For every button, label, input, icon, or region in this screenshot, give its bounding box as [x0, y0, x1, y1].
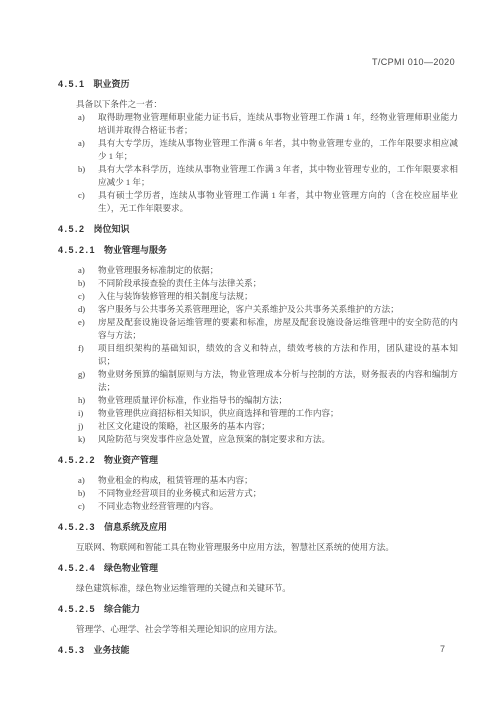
- list-item: g) 物业财务预算的编制原则与方法，物业管理成本分析与控制的方法，财务报表的内容…: [78, 368, 458, 394]
- list-item-label: g): [78, 368, 98, 394]
- list-item-text: 物业管理服务标准制定的依据；: [98, 264, 458, 277]
- section-4-5-3-heading: 4.5.3业务技能: [58, 643, 458, 657]
- list-item: a) 物业管理服务标准制定的依据；: [78, 264, 458, 277]
- list-item-text: 物业财务预算的编制原则与方法，物业管理成本分析与控制的方法，财务报表的内容和编制…: [98, 368, 458, 394]
- page-content: 4.5.1职业资历 具备以下条件之一者： a) 取得助理物业管理师职业能力证书后…: [58, 77, 458, 664]
- list-item-text: 不同阶段承接查验的责任主体与法律关系；: [98, 277, 458, 290]
- list-item-label: d): [78, 303, 98, 316]
- list-item: h) 物业管理质量评价标准，作业指导书的编制方法；: [78, 394, 458, 407]
- list-item: a) 物业租金的构成，租赁管理的基本内容；: [78, 474, 458, 487]
- list-item: k) 风险防范与突发事件应急处置，应急预案的制定要求和方法。: [78, 433, 458, 446]
- list-item-label: a): [78, 111, 98, 137]
- list-item-label: c): [78, 189, 98, 215]
- list-item-label: b): [78, 277, 98, 290]
- section-number: 4.5.3: [58, 645, 86, 655]
- section-number: 4.5.1: [58, 79, 86, 89]
- section-number: 4.5.2.2: [58, 455, 96, 465]
- list-item-text: 项目组织架构的基础知识，绩效的含义和特点，绩效考核的方法和作用，团队建设的基本知…: [98, 342, 458, 368]
- list-item-text: 不同业态物业经营管理的内容。: [98, 500, 458, 513]
- list-item-label: b): [78, 487, 98, 500]
- list-item-text: 物业租金的构成，租赁管理的基本内容；: [98, 474, 458, 487]
- list-item: b) 具有大学本科学历，连续从事物业管理工作满 3 年者，其中物业管理专业的，工…: [78, 163, 458, 189]
- document-page: T/CPMI 010—2020 4.5.1职业资历 具备以下条件之一者： a) …: [0, 0, 500, 707]
- section-4-5-2-1-heading: 4.5.2.1物业管理与服务: [58, 243, 458, 257]
- list-item: i) 物业管理供应商招标相关知识，供应商选择和管理的工作内容；: [78, 407, 458, 420]
- list-item: c) 入住与装饰装修管理的相关制度与法规；: [78, 290, 458, 303]
- section-4-5-1-heading: 4.5.1职业资历: [58, 77, 458, 91]
- list-item-label: a): [78, 474, 98, 487]
- section-4-5-2-5-heading: 4.5.2.5综合能力: [58, 602, 458, 616]
- section-title: 业务技能: [94, 645, 130, 655]
- list-item-label: e): [78, 316, 98, 342]
- list-item-text: 取得助理物业管理师职业能力证书后，连续从事物业管理工作满 1 年，经物业管理师职…: [98, 111, 458, 137]
- list-item-label: h): [78, 394, 98, 407]
- section-number: 4.5.2.5: [58, 604, 96, 614]
- section-number: 4.5.2: [58, 224, 86, 234]
- list-item-label: c): [78, 500, 98, 513]
- list-item-text: 客户服务与公共事务关系管理理论，客户关系维护及公共事务关系维护的方法；: [98, 303, 458, 316]
- page-number: 7: [440, 644, 445, 654]
- section-title: 绿色物业管理: [104, 563, 158, 573]
- section-4-5-1-intro: 具备以下条件之一者：: [76, 98, 458, 111]
- list-item-text: 风险防范与突发事件应急处置，应急预案的制定要求和方法。: [98, 433, 458, 446]
- list-item: j) 社区文化建设的策略，社区服务的基本内容；: [78, 420, 458, 433]
- list-item-text: 不同物业经营项目的业务模式和运营方式；: [98, 487, 458, 500]
- list-item-label: c): [78, 290, 98, 303]
- section-title: 物业资产管理: [104, 455, 158, 465]
- list-item: c) 具有硕士学历者，连续从事物业管理工作满 1 年者，其中物业管理方向的（含在…: [78, 189, 458, 215]
- section-title: 信息系统及应用: [104, 522, 167, 532]
- list-item: e) 房屋及配套设施设备运维管理的要素和标准，房屋及配套设施设备运维管理中的安全…: [78, 316, 458, 342]
- section-4-5-2-2-heading: 4.5.2.2物业资产管理: [58, 453, 458, 467]
- list-item-label: f): [78, 342, 98, 368]
- list-item-text: 物业管理供应商招标相关知识，供应商选择和管理的工作内容；: [98, 407, 458, 420]
- list-item: f) 项目组织架构的基础知识，绩效的含义和特点，绩效考核的方法和作用，团队建设的…: [78, 342, 458, 368]
- list-item: a) 取得助理物业管理师职业能力证书后，连续从事物业管理工作满 1 年，经物业管…: [78, 111, 458, 137]
- list-item-label: b): [78, 163, 98, 189]
- section-4-5-2-5-paragraph: 管理学、心理学、社会学等相关理论知识的应用方法。: [76, 623, 458, 636]
- list-item-text: 入住与装饰装修管理的相关制度与法规；: [98, 290, 458, 303]
- section-number: 4.5.2.1: [58, 245, 96, 255]
- section-4-5-2-heading: 4.5.2岗位知识: [58, 222, 458, 236]
- list-item: c) 不同业态物业经营管理的内容。: [78, 500, 458, 513]
- section-number: 4.5.2.3: [58, 522, 96, 532]
- list-item: d) 客户服务与公共事务关系管理理论，客户关系维护及公共事务关系维护的方法；: [78, 303, 458, 316]
- doc-code: T/CPMI 010—2020: [372, 57, 455, 67]
- list-item-label: a): [78, 137, 98, 163]
- section-number: 4.5.2.4: [58, 563, 96, 573]
- section-4-5-2-3-heading: 4.5.2.3信息系统及应用: [58, 520, 458, 534]
- section-title: 综合能力: [104, 604, 140, 614]
- section-4-5-2-4-heading: 4.5.2.4绿色物业管理: [58, 561, 458, 575]
- list-item-text: 具有大学本科学历，连续从事物业管理工作满 3 年者，其中物业管理专业的，工作年限…: [98, 163, 458, 189]
- section-title: 岗位知识: [94, 224, 130, 234]
- list-item-label: i): [78, 407, 98, 420]
- list-item: b) 不同物业经营项目的业务模式和运营方式；: [78, 487, 458, 500]
- list-item-text: 房屋及配套设施设备运维管理的要素和标准，房屋及配套设施设备运维管理中的安全防范的…: [98, 316, 458, 342]
- section-title: 物业管理与服务: [104, 245, 167, 255]
- list-item-text: 社区文化建设的策略，社区服务的基本内容；: [98, 420, 458, 433]
- list-item-label: a): [78, 264, 98, 277]
- list-item-text: 具有硕士学历者，连续从事物业管理工作满 1 年者，其中物业管理方向的（含在校应届…: [98, 189, 458, 215]
- list-item-label: j): [78, 420, 98, 433]
- list-item-text: 物业管理质量评价标准，作业指导书的编制方法；: [98, 394, 458, 407]
- section-4-5-2-3-paragraph: 互联网、物联网和智能工具在物业管理服务中应用方法，智慧社区系统的使用方法。: [76, 541, 458, 554]
- list-item: a) 具有大专学历，连续从事物业管理工作满 6 年者，其中物业管理专业的，工作年…: [78, 137, 458, 163]
- section-4-5-2-4-paragraph: 绿色建筑标准，绿色物业运维管理的关键点和关键环节。: [76, 582, 458, 595]
- list-item-label: k): [78, 433, 98, 446]
- list-item-text: 具有大专学历，连续从事物业管理工作满 6 年者，其中物业管理专业的，工作年限要求…: [98, 137, 458, 163]
- section-title: 职业资历: [94, 79, 130, 89]
- list-item: b) 不同阶段承接查验的责任主体与法律关系；: [78, 277, 458, 290]
